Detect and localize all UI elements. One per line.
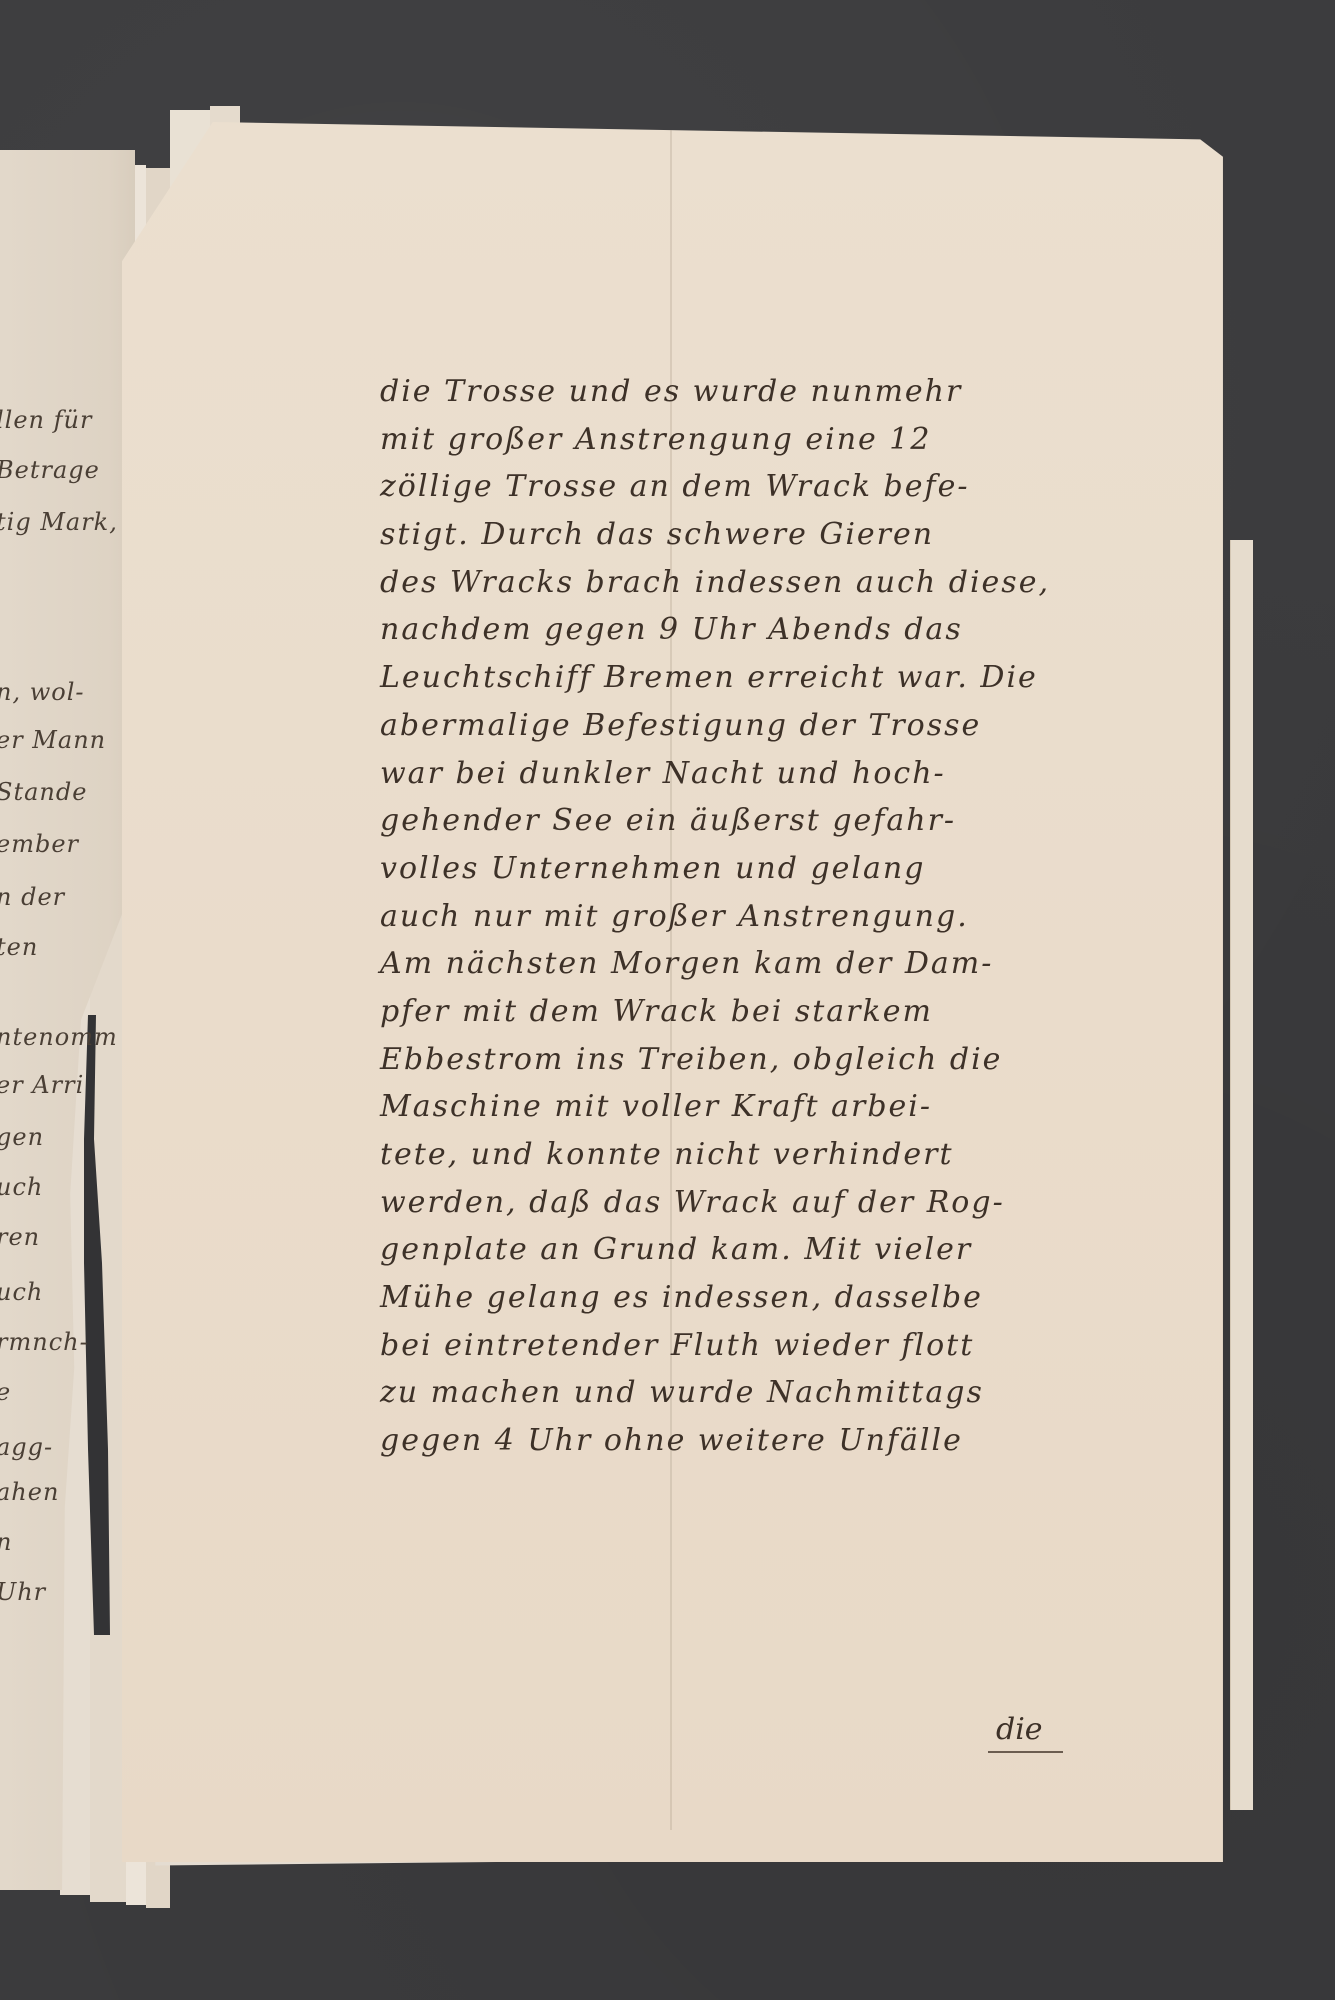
fragment-line: n xyxy=(0,1528,126,1556)
fragment-line: er Mann xyxy=(0,726,126,754)
text-line: nachdem gegen 9 Uhr Abends das xyxy=(380,606,1260,654)
text-line: tete, und konnte nicht verhindert xyxy=(380,1131,1260,1179)
text-line: pfer mit dem Wrack bei starkem xyxy=(380,988,1260,1036)
fragment-line: n der xyxy=(0,883,126,911)
fragment-line: agg- xyxy=(0,1433,126,1461)
text-line: Leuchtschiff Bremen erreicht war. Die xyxy=(380,654,1260,702)
text-line: zu machen und wurde Nachmittags xyxy=(380,1369,1260,1417)
fragment-line: Uhr xyxy=(0,1578,126,1606)
catchword: die xyxy=(988,1712,1063,1753)
fragment-line: n, wol- xyxy=(0,678,126,706)
text-line: auch nur mit großer Anstrengung. xyxy=(380,893,1260,941)
text-line: gehender See ein äußerst gefahr- xyxy=(380,797,1260,845)
fragment-line: ntenomm xyxy=(0,1023,126,1051)
fragment-line: Betrage xyxy=(0,456,126,484)
fragment-line: ember xyxy=(0,830,126,858)
fragment-line: gen xyxy=(0,1123,126,1151)
fragment-line: Stande xyxy=(0,778,126,806)
text-line: Am nächsten Morgen kam der Dam- xyxy=(380,940,1260,988)
text-line: volles Unternehmen und gelang xyxy=(380,845,1260,893)
text-line: stigt. Durch das schwere Gieren xyxy=(380,511,1260,559)
text-line: zöllige Trosse an dem Wrack befe- xyxy=(380,463,1260,511)
fragment-line: uch xyxy=(0,1278,126,1306)
text-line: Mühe gelang es indessen, dasselbe xyxy=(380,1274,1260,1322)
manuscript-text: die Trosse und es wurde nunmehr mit groß… xyxy=(380,368,1260,1465)
text-line: genplate an Grund kam. Mit vieler xyxy=(380,1226,1260,1274)
text-line: werden, daß das Wrack auf der Rog- xyxy=(380,1179,1260,1227)
fragment-line: rmnch- xyxy=(0,1328,126,1356)
fragment-line: e xyxy=(0,1378,126,1406)
text-line: des Wracks brach indessen auch diese, xyxy=(380,559,1260,607)
fragment-line: tig Mark, xyxy=(0,508,126,536)
text-line: bei eintretender Fluth wieder flott xyxy=(380,1322,1260,1370)
text-line: Maschine mit voller Kraft arbei- xyxy=(380,1083,1260,1131)
text-line: Ebbestrom ins Treiben, obgleich die xyxy=(380,1036,1260,1084)
text-line: die Trosse und es wurde nunmehr xyxy=(380,368,1260,416)
fragment-line: er Arri xyxy=(0,1071,126,1099)
fragment-line: ren xyxy=(0,1223,126,1251)
fragment-line: ten xyxy=(0,933,126,961)
text-line: gegen 4 Uhr ohne weitere Unfälle xyxy=(380,1417,1260,1465)
fragment-line: uch xyxy=(0,1173,126,1201)
fragment-line: ahen xyxy=(0,1478,126,1506)
text-line: war bei dunkler Nacht und hoch- xyxy=(380,750,1260,798)
text-line: mit großer Anstrengung eine 12 xyxy=(380,416,1260,464)
fragment-line: llen für xyxy=(0,406,126,434)
text-line: abermalige Befestigung der Trosse xyxy=(380,702,1260,750)
